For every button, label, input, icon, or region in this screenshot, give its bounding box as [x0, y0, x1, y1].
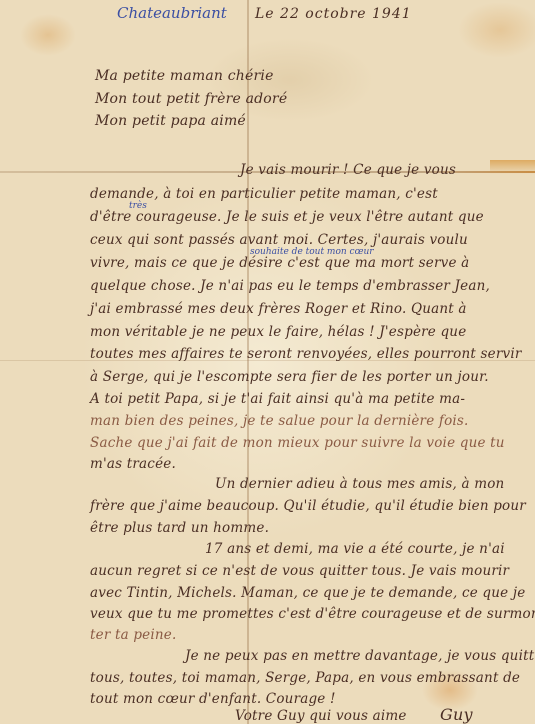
letter-place: Chateaubriant [117, 4, 227, 22]
body-line-15: Un dernier adieu à tous mes amis, à mon [215, 476, 504, 492]
body-line-4: ceux qui sont passés avant moi. Certes, … [90, 232, 468, 248]
body-line-18: 17 ans et demi, ma vie a été courte, je … [205, 541, 505, 557]
letter-page: Chateaubriant Le 22 octobre 1941 Ma peti… [0, 0, 535, 724]
body-line-19: aucun regret si ce n'est de vous quitter… [90, 563, 509, 579]
body-line-13: Sache que j'ai fait de mon mieux pour su… [90, 435, 505, 451]
body-line-25: tout mon cœur d'enfant. Courage ! [90, 691, 336, 707]
salutation-line-3: Mon petit papa aimé [95, 113, 246, 129]
paper-stain [490, 160, 535, 174]
letter-date: Le 22 octobre 1941 [255, 6, 412, 22]
body-line-9: toutes mes affaires te seront renvoyées,… [90, 346, 522, 362]
body-line-3: d'être courageuse. Je le suis et je veux… [90, 209, 484, 225]
body-line-20: avec Tintin, Michels. Maman, ce que je t… [90, 585, 525, 601]
body-line-17: être plus tard un homme. [90, 520, 269, 536]
body-line-10: à Serge, qui je l'escompte sera fier de … [90, 369, 489, 385]
body-line-24: tous, toutes, toi maman, Serge, Papa, en… [90, 670, 520, 686]
body-line-14: m'as tracée. [90, 456, 176, 472]
body-line-12: man bien des peines, je te salue pour la… [90, 413, 469, 429]
body-line-8: mon véritable je ne peux le faire, hélas… [90, 324, 466, 340]
body-line-21: veux que tu me promettes c'est d'être co… [90, 606, 535, 622]
body-line-11: A toi petit Papa, si je t'ai fait ainsi … [90, 391, 465, 407]
body-line-1: Je vais mourir ! Ce que je vous [240, 162, 456, 178]
body-line-6: quelque chose. Je n'ai pas eu le temps d… [90, 278, 490, 294]
body-line-7: j'ai embrassé mes deux frères Roger et R… [90, 301, 467, 317]
body-line-5: vivre, mais ce que je désire c'est que m… [90, 255, 469, 271]
signature: Guy [440, 705, 473, 724]
body-line-22: ter ta peine. [90, 627, 176, 643]
body-line-2: demande, à toi en particulier petite mam… [90, 186, 438, 202]
body-line-23: Je ne peux pas en mettre davantage, je v… [185, 648, 535, 664]
body-line-16: frère que j'aime beaucoup. Qu'il étudie,… [90, 498, 526, 514]
closing-line: Votre Guy qui vous aime [235, 708, 407, 724]
salutation-line-2: Mon tout petit frère adoré [95, 91, 287, 107]
salutation-line-1: Ma petite maman chérie [95, 68, 274, 84]
